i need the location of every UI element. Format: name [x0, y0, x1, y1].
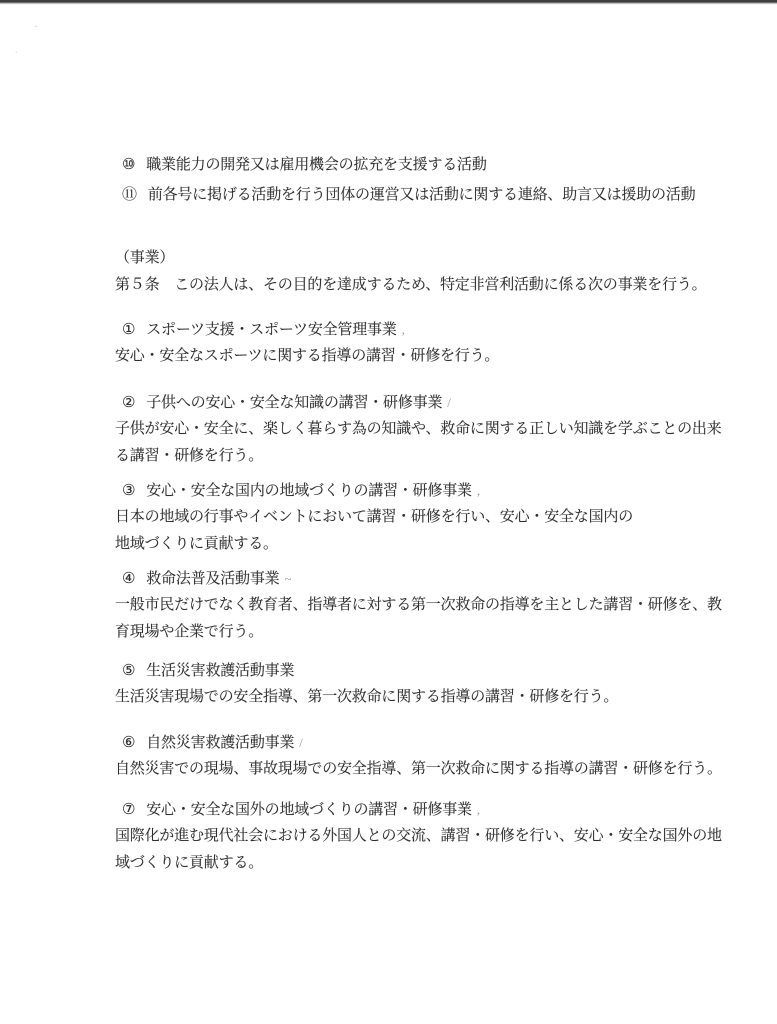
circled-number: ⑥	[115, 735, 135, 751]
pencil-check-mark: ,	[477, 802, 480, 817]
business-body-line: 一般市民だけでなく教育者、指導者に対する第一次救命の指導を主とした講習・研修を、…	[115, 592, 755, 619]
business-body-line: 安心・安全なスポーツに関する指導の講習・研修を行う。	[115, 343, 755, 370]
pencil-check-mark: ,	[477, 483, 480, 498]
business-5-heading: ⑤生活災害救護活動事業	[115, 657, 755, 684]
circled-number: ④	[115, 571, 135, 587]
business-item-1: ①スポーツ支援・スポーツ安全管理事業, 安心・安全なスポーツに関する指導の講習・…	[115, 316, 755, 370]
business-title: 安心・安全な国内の地域づくりの講習・研修事業	[146, 483, 472, 499]
business-title: 子供への安心・安全な知識の講習・研修事業	[146, 395, 442, 411]
business-item-5: ⑤生活災害救護活動事業 生活災害現場での安全指導、第一次救命に関する指導の講習・…	[115, 657, 755, 711]
business-2-heading: ②子供への安心・安全な知識の講習・研修事業/	[115, 389, 755, 416]
circled-number: ①	[115, 322, 135, 338]
business-item-4: ④救命法普及活動事業~ 一般市民だけでなく教育者、指導者に対する第一次救命の指導…	[115, 565, 755, 646]
activities-list: ⑩職業能力の開発又は雇用機会の拡充を支援する活動 ⑪前各号に掲げる活動を行う団体…	[115, 150, 755, 210]
list-item-text: 前各号に掲げる活動を行う団体の運営又は活動に関する連絡、助言又は援助の活動	[148, 187, 696, 203]
section-label: （事業）	[115, 244, 755, 272]
circled-number: ⑪	[115, 187, 137, 203]
business-title: 生活災害救護活動事業	[146, 663, 294, 679]
circled-number: ⑩	[115, 157, 135, 173]
pencil-check-mark: ,	[402, 322, 405, 337]
list-item-11: ⑪前各号に掲げる活動を行う団体の運営又は活動に関する連絡、助言又は援助の活動	[115, 180, 755, 210]
scanned-document-page: - . ⑩職業能力の開発又は雇用機会の拡充を支援する活動 ⑪前各号に掲げる活動を…	[0, 0, 777, 1024]
business-body-line: 育現場や企業で行う。	[115, 619, 755, 646]
circled-number: ②	[115, 395, 135, 411]
scan-edge-artifact	[0, 0, 777, 5]
business-3-heading: ③安心・安全な国内の地域づくりの講習・研修事業,	[115, 477, 755, 504]
pencil-check-mark: ~	[284, 571, 291, 586]
business-item-6: ⑥自然災害救護活動事業/ 自然災害での現場、事故現場での安全指導、第一次救命に関…	[115, 729, 755, 783]
pencil-mark: -	[32, 20, 40, 33]
pencil-check-mark: /	[447, 395, 451, 410]
business-title: 自然災害救護活動事業	[146, 735, 294, 751]
business-body-line: る講習・研修を行う。	[115, 443, 755, 470]
business-body-line: 日本の地域の行事やイベントにおいて講習・研修を行い、安心・安全な国内の	[115, 504, 755, 531]
business-title: スポーツ支援・スポーツ安全管理事業	[146, 322, 396, 338]
business-title: 安心・安全な国外の地域づくりの講習・研修事業	[146, 802, 472, 818]
list-item-10: ⑩職業能力の開発又は雇用機会の拡充を支援する活動	[115, 150, 755, 180]
business-body-line: 自然災害での現場、事故現場での安全指導、第一次救命に関する指導の講習・研修を行う…	[115, 756, 755, 783]
business-body-line: 域づくりに貢献する。	[115, 850, 755, 877]
article-5-text: 第５条 この法人は、その目的を達成するため、特定非営利活動に係る次の事業を行う。	[115, 272, 755, 299]
business-body-line: 生活災害現場での安全指導、第一次救命に関する指導の講習・研修を行う。	[115, 684, 755, 711]
pencil-check-mark: /	[299, 735, 303, 750]
list-item-text: 職業能力の開発又は雇用機会の拡充を支援する活動	[146, 157, 486, 173]
business-body-line: 地域づくりに貢献する。	[115, 531, 755, 558]
circled-number: ⑤	[115, 663, 135, 679]
business-7-heading: ⑦安心・安全な国外の地域づくりの講習・研修事業,	[115, 796, 755, 823]
business-item-2: ②子供への安心・安全な知識の講習・研修事業/ 子供が安心・安全に、楽しく暮らす為…	[115, 389, 755, 470]
business-6-heading: ⑥自然災害救護活動事業/	[115, 729, 755, 756]
circled-number: ③	[115, 483, 135, 499]
pencil-mark: .	[12, 44, 19, 56]
business-4-heading: ④救命法普及活動事業~	[115, 565, 755, 592]
business-title: 救命法普及活動事業	[146, 571, 279, 587]
business-1-heading: ①スポーツ支援・スポーツ安全管理事業,	[115, 316, 755, 343]
section-jigyou: （事業） 第５条 この法人は、その目的を達成するため、特定非営利活動に係る次の事…	[115, 244, 755, 299]
business-body-line: 国際化が進む現代社会における外国人との交流、講習・研修を行い、安心・安全な国外の…	[115, 823, 755, 850]
business-item-3: ③安心・安全な国内の地域づくりの講習・研修事業, 日本の地域の行事やイベントにお…	[115, 477, 755, 558]
business-item-7: ⑦安心・安全な国外の地域づくりの講習・研修事業, 国際化が進む現代社会における外…	[115, 796, 755, 877]
business-body-line: 子供が安心・安全に、楽しく暮らす為の知識や、救命に関する正しい知識を学ぶことの出…	[115, 416, 755, 443]
circled-number: ⑦	[115, 802, 135, 818]
